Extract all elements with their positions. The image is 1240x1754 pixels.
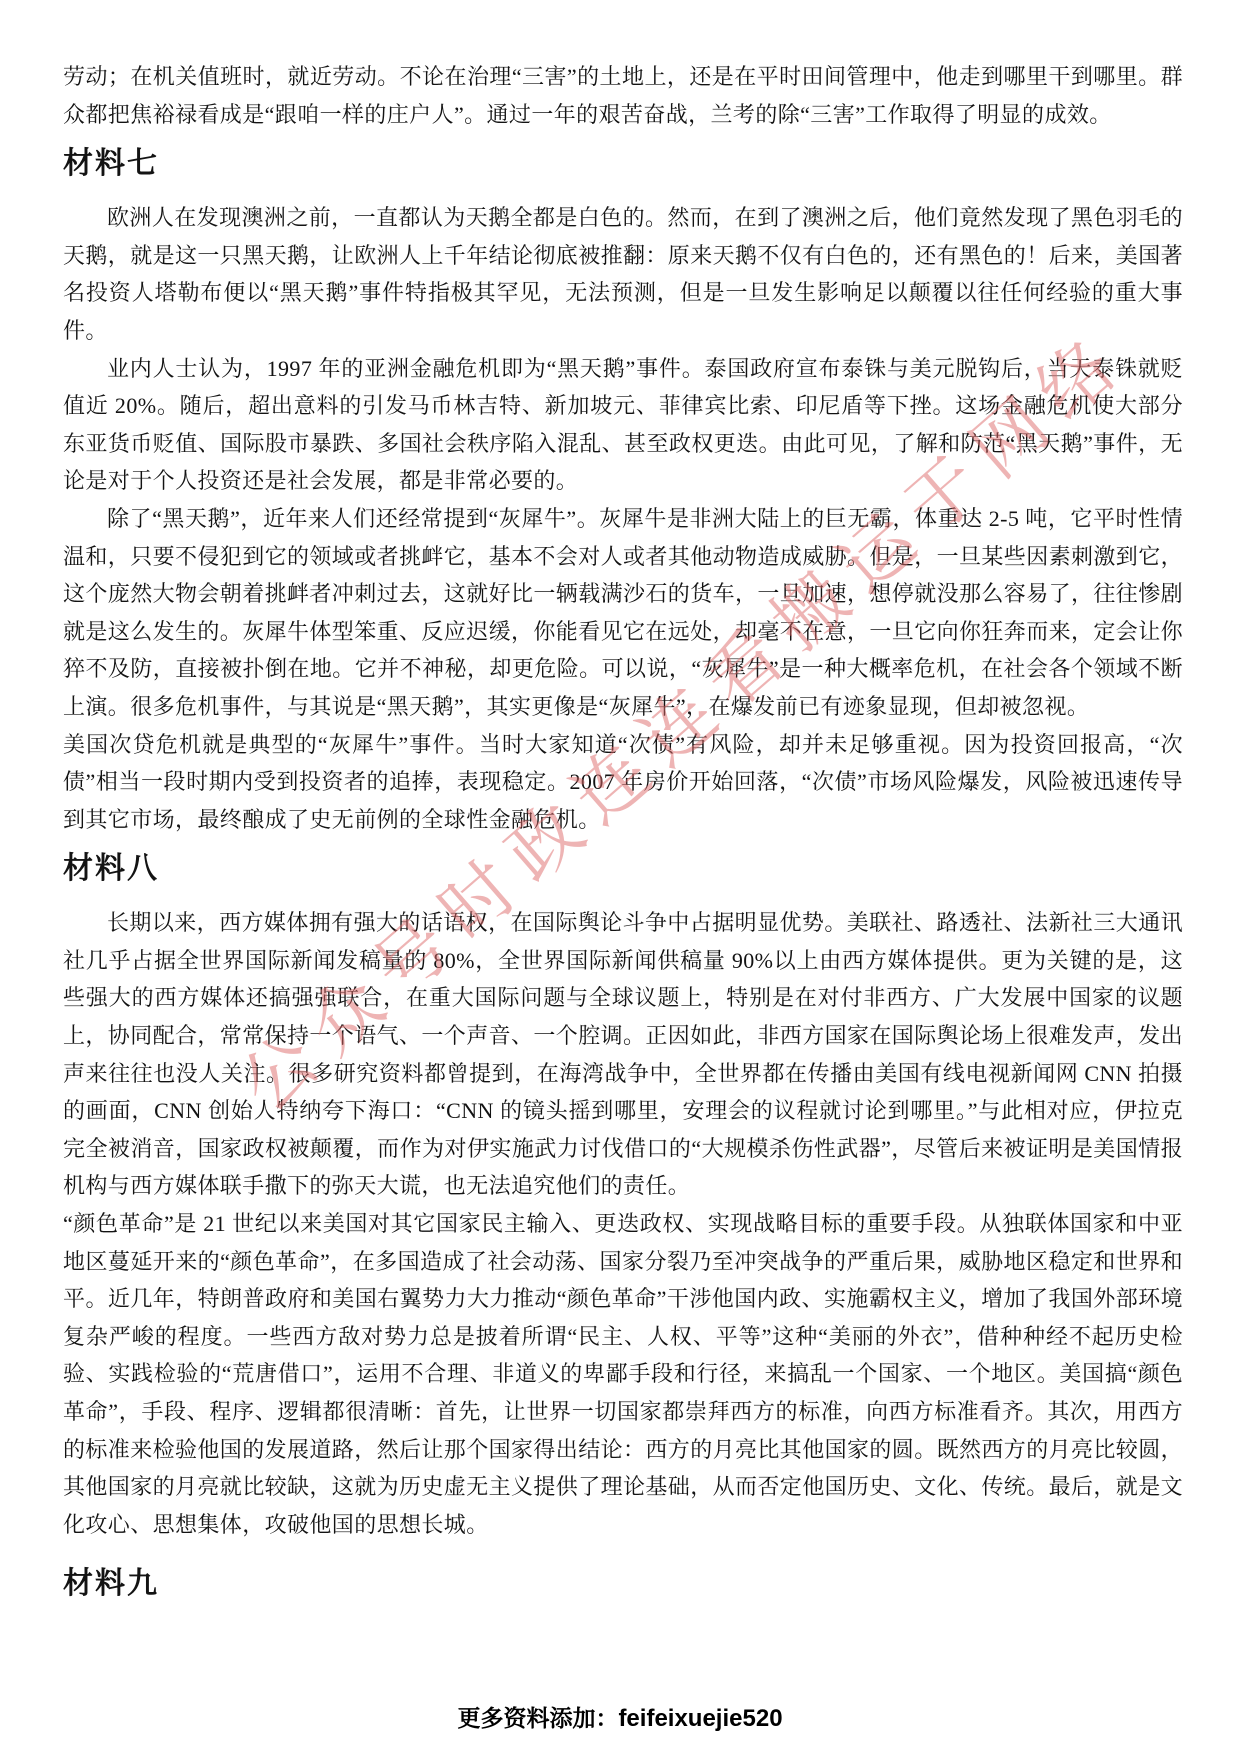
footer: 更多资料添加：feifeixuejie520 [0,1700,1240,1733]
footer-account: feifeixuejie520 [618,1705,782,1732]
document-page: 公众号时政连连看搬运于网络 劳动；在机关值班时，就近劳动。不论在治理“三害”的土… [0,0,1240,1754]
paragraph: 除了“黑天鹅”，近年来人们还经常提到“灰犀牛”。灰犀牛是非洲大陆上的巨无霸，体重… [63,500,1183,726]
paragraph: 业内人士认为，1997 年的亚洲金融危机即为“黑天鹅”事件。泰国政府宣布泰铢与美… [63,350,1183,500]
section-heading-material-7: 材料七 [63,147,1183,181]
paragraph: “颜色革命”是 21 世纪以来美国对其它国家民主输入、更迭政权、实现战略目标的重… [63,1205,1183,1543]
paragraph: 长期以来，西方媒体拥有强大的话语权，在国际舆论斗争中占据明显优势。美联社、路透社… [63,904,1183,1205]
section-heading-material-8: 材料八 [63,852,1183,886]
footer-label: 更多资料添加： [457,1706,618,1731]
paragraph: 美国次贷危机就是典型的“灰犀牛”事件。当时大家知道“次债”有风险，却并未足够重视… [63,726,1183,839]
paragraph: 劳动；在机关值班时，就近劳动。不论在治理“三害”的土地上，还是在平时田间管理中，… [63,58,1183,133]
document-content: 劳动；在机关值班时，就近劳动。不论在治理“三害”的土地上，还是在平时田间管理中，… [63,58,1183,1619]
section-heading-material-9: 材料九 [63,1567,1183,1601]
paragraph: 欧洲人在发现澳洲之前，一直都认为天鹅全都是白色的。然而，在到了澳洲之后，他们竟然… [63,199,1183,349]
